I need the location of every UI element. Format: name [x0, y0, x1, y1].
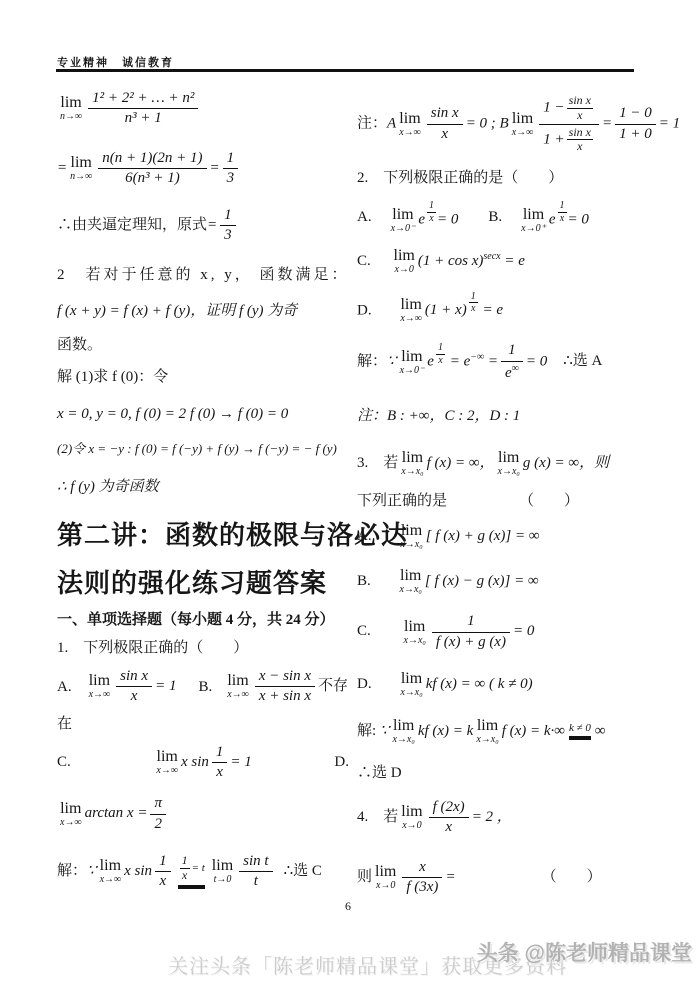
lim-word: lim [156, 749, 178, 765]
exponent-fraction: 1x [468, 291, 479, 315]
limit-operator: limn→∞ [70, 155, 92, 182]
q3-option-c: C. limx→x₀1f (x) + g (x)= 0 [357, 613, 660, 651]
denominator: x [429, 817, 469, 836]
q1-option-d-formula: limx→∞arctan x =π2 [57, 795, 349, 833]
lim-subscript: x→∞ [512, 128, 534, 138]
denominator: x [180, 868, 190, 883]
numerator: 1 [432, 613, 510, 631]
equals: = [445, 869, 455, 885]
condition-over-equals: k ≠ 0 [569, 722, 591, 740]
math-text: ∞ [595, 723, 606, 739]
lim-word: lim [70, 155, 92, 171]
numerator: sin x [427, 105, 463, 123]
equals: = [57, 160, 67, 176]
limit-operator: limx→∞ [89, 673, 111, 700]
section-title-line2: 法则的强化练习题答案 [57, 570, 349, 596]
text: 则 [357, 869, 372, 885]
equals-value: = 0 [526, 353, 547, 369]
math-text: g (x) = ∞，则 [523, 455, 609, 471]
math-text: e [427, 353, 434, 369]
math-text: e [418, 212, 425, 228]
limit-operator: limx→x₀ [476, 718, 498, 745]
solution-step-2: x = 0, y = 0, f (0) = 2 f (0) → f (0) = … [57, 404, 349, 424]
limit-operator: limx→0 [401, 804, 422, 831]
lim-word: lim [512, 111, 534, 127]
math-text: 1 − [543, 100, 564, 116]
q3-option-a: A. limx→x₀[ f (x) + g (x)] = ∞ [357, 523, 660, 550]
denominator: x [155, 871, 171, 890]
lim-word: lim [400, 297, 422, 313]
equals-value: = 2 ， [472, 809, 512, 825]
exponent-fraction: 1x [426, 200, 437, 224]
lim-word: lim [401, 450, 423, 466]
math-text: f (x) = k·∞ [502, 723, 565, 739]
lim-word: lim [400, 568, 422, 584]
numerator: sin x [567, 126, 593, 140]
lim-subscript: x→x₀ [400, 585, 422, 595]
limit-operator: limx→0⁻ [400, 349, 425, 376]
denominator: x [567, 108, 593, 123]
numerator: sin x [116, 668, 152, 686]
fraction: 1e∞ [501, 342, 523, 382]
fraction: sin xx [567, 126, 593, 155]
right-column: 注：Alimx→∞sin xx= 0 ; Blimx→∞1 −sin xx1 +… [357, 84, 660, 896]
numerator: sin t [239, 853, 272, 871]
lim-word: lim [400, 349, 425, 365]
lim-subscript: x→∞ [100, 875, 122, 885]
equals: = [450, 353, 460, 369]
denominator: x [427, 212, 436, 225]
limit-operator: limx→x₀ [400, 568, 422, 595]
page-number: 6 [0, 899, 696, 914]
fraction: 1² + 2² + … + n²n³ + 1 [88, 90, 198, 128]
watermark-handle: 头条 @陈老师精品课堂 [477, 937, 692, 967]
numerator: 1 [220, 207, 236, 225]
squeeze-conclusion: ∴由夹逼定理知，原式=13 [57, 207, 349, 245]
lim-word: lim [401, 804, 422, 820]
lim-word: lim [400, 671, 422, 687]
fraction: 1x [212, 744, 228, 782]
solve-label: 解: [357, 723, 376, 739]
question-2-condition: f (x + y) = f (x) + f (y)，证明 f (y) 为奇 [57, 301, 349, 321]
question-4-stem: 4. 若limx→0f (2x)x= 2 ， [357, 799, 660, 837]
because-symbol: ∵ [87, 863, 97, 879]
q3-option-b: B. limx→x₀[ f (x) − g (x)] = ∞ [357, 568, 660, 595]
math-text: [ f (x) + g (x)] = ∞ [426, 528, 540, 544]
q2-solution: 解：∵limx→0⁻e1x = e−∞ =1e∞= 0∴选 A [357, 342, 660, 382]
lim-word: lim [391, 207, 416, 223]
denominator: x [567, 139, 593, 154]
option-label: A. [357, 528, 372, 544]
lim-word: lim [521, 207, 546, 223]
solution-step-3: (2)令 x = −y : f (0) = f (−y) + f (y) → f… [57, 440, 349, 458]
option-label: C. [357, 253, 371, 269]
text: 3. 若 [357, 455, 398, 471]
exponent: secx [483, 251, 500, 262]
lim-word: lim [375, 864, 396, 880]
text: 4. 若 [357, 809, 398, 825]
denominator: x [558, 212, 567, 225]
denominator: n³ + 1 [88, 108, 198, 127]
substitution-over-equals: 1x= t [178, 854, 205, 889]
lim-word: lim [100, 858, 122, 874]
equals-value: = 1 [659, 116, 680, 132]
lim-subscript: x→∞ [400, 314, 422, 324]
lim-word: lim [404, 619, 426, 635]
limit-operator: limx→x₀ [400, 671, 422, 698]
numerator: x [402, 859, 442, 877]
question-2-condition-wrap: 函数。 [57, 335, 349, 355]
equals-value: = 0 [437, 212, 458, 228]
note-label: 注： [357, 116, 387, 132]
solve-label: 解： [357, 353, 387, 369]
q2-option-d: D. limx→∞(1 + x)1x = e [357, 291, 660, 324]
equals-value: = 0 [568, 212, 589, 228]
denominator: x [427, 124, 463, 143]
denominator-base: e [505, 365, 512, 381]
q2-options-ab: A. limx→0⁻e1x= 0 B. limx→0⁺e1x= 0 [357, 200, 660, 233]
fraction: n(n + 1)(2n + 1)6(n³ + 1) [98, 150, 206, 188]
equals: = [137, 805, 147, 821]
condition-text: k ≠ 0 [569, 722, 591, 734]
limit-operator: limx→x₀ [401, 450, 423, 477]
fraction: f (2x)x [429, 799, 469, 837]
numerator: 1 [436, 342, 445, 354]
math-text: (1 + x) [425, 302, 467, 318]
math-text: kf (x) = k [418, 723, 474, 739]
lim-word: lim [399, 111, 421, 127]
math-text: [ f (x) − g (x)] = ∞ [425, 573, 539, 589]
fraction: sin tt [239, 853, 272, 891]
fraction: 1x [155, 853, 171, 891]
equals-value: = 0 [513, 623, 534, 639]
answer-parens: （ ） [519, 491, 579, 511]
lim-word: lim [400, 523, 422, 539]
lim-subscript: x→0⁺ [521, 224, 546, 234]
exponent-fraction: 1x [557, 200, 568, 224]
fraction: π2 [150, 795, 166, 833]
math-text: x sin [181, 754, 209, 770]
header-rule [56, 69, 634, 72]
q2-option-c: C. limx→0(1 + cos x)secx = e [357, 248, 660, 275]
denominator: f (3x) [402, 877, 442, 896]
fraction: x − sin xx + sin x [255, 668, 315, 706]
math-text: x sin [124, 863, 152, 879]
equals: = [210, 160, 220, 176]
limit-operator: limt→0 [212, 858, 233, 885]
math-text: = 0 ; B [466, 116, 509, 132]
equals-value: = 1 [230, 754, 251, 770]
solution-step-1: 解 (1)求 f (0)：令 [57, 367, 349, 387]
numerator: 1 [427, 200, 436, 212]
lim-word: lim [498, 450, 520, 466]
fraction: 13 [223, 150, 239, 188]
limit-operator: limx→x₀ [400, 523, 422, 550]
formula-sum-limit: limn→∞1² + 2² + … + n²n³ + 1 [57, 90, 349, 128]
fraction: 13 [220, 207, 236, 245]
limit-operator: limx→∞ [400, 297, 422, 324]
denominator: f (x) + g (x) [432, 632, 510, 651]
equals: = [488, 353, 498, 369]
section-subtitle: 一、单项选择题（每小题 4 分，共 24 分） [57, 610, 349, 630]
solve-label: 解： [57, 863, 87, 879]
equals-value: = e [504, 253, 525, 269]
lim-subscript: x→0 [375, 881, 396, 891]
lim-word: lim [476, 718, 498, 734]
denominator: x [212, 762, 228, 781]
numerator: f (2x) [429, 799, 469, 817]
denominator: 6(n³ + 1) [98, 168, 206, 187]
condition-text: = t [192, 862, 205, 874]
fraction: sin xx [567, 94, 593, 123]
math-text: (1 + cos x) [418, 253, 484, 269]
numerator: 1 [212, 744, 228, 762]
text: 不存 [318, 678, 348, 694]
denominator: 2 [150, 814, 166, 833]
option-label: B. [357, 573, 371, 589]
lim-subscript: x→x₀ [401, 467, 423, 477]
limit-operator: limx→0 [375, 864, 396, 891]
denominator: t [239, 871, 272, 890]
limit-operator: limx→∞ [399, 111, 421, 138]
question-1-stem: 1. 下列极限正确的（ ） [57, 638, 349, 658]
lim-subscript: x→x₀ [400, 540, 422, 550]
solution-conclusion: ∴ f (y) 为奇函数 [57, 477, 349, 497]
lim-subscript: n→∞ [60, 112, 82, 122]
denominator: 3 [220, 225, 236, 244]
denominator: 1 + 0 [615, 124, 656, 143]
answer-parens: （ ） [542, 867, 602, 887]
exponent: −∞ [470, 351, 484, 362]
math-text: e [549, 212, 556, 228]
math-text: kf (x) = ∞ ( k ≠ 0) [426, 676, 533, 692]
limit-operator: limx→0 [394, 248, 415, 275]
option-label: B. [198, 677, 212, 697]
lim-subscript: x→0⁻ [400, 366, 425, 376]
q1-options-cd: C. limx→∞x sin1x= 1 D. [57, 744, 349, 782]
numerator: 1 − 0 [615, 105, 656, 123]
denominator: x [436, 354, 445, 367]
lim-subscript: x→x₀ [404, 636, 426, 646]
option-label: D. [357, 676, 372, 692]
numerator: π [150, 795, 166, 813]
q3-conclusion: ∴选 D [357, 763, 660, 783]
q1-option-b-wrap: 在 [57, 714, 349, 734]
numerator: sin x [567, 94, 593, 108]
numerator: x − sin x [255, 668, 315, 686]
numerator: 1² + 2² + … + n² [88, 90, 198, 108]
limit-operator: limx→∞ [156, 749, 178, 776]
lim-subscript: x→0 [401, 821, 422, 831]
lim-subscript: x→x₀ [392, 735, 414, 745]
limit-operator: limx→0⁻ [391, 207, 416, 234]
option-label: D. [357, 302, 372, 318]
question-4-stem-2: 则limx→0xf (3x)= （ ） [357, 859, 660, 897]
lim-word: lim [60, 801, 82, 817]
fraction: 1f (x) + g (x) [432, 613, 510, 651]
text: 下列正确的是 [357, 491, 447, 511]
option-label: A. [357, 207, 372, 227]
q3-option-d: D. limx→x₀kf (x) = ∞ ( k ≠ 0) [357, 671, 660, 698]
numerator: 1 [180, 854, 190, 868]
choice-conclusion: ∴选 C [284, 863, 322, 879]
question-2-intro: 2 若对于任意的 x, y， 函数满足： [57, 265, 349, 285]
numerator: 1 [223, 150, 239, 168]
denominator: 3 [223, 168, 239, 187]
option-label: C. [357, 623, 371, 639]
q1-options-ab: A. limx→∞sin xx= 1 B. limx→∞x − sin xx +… [57, 668, 349, 706]
nested-fraction: 1 −sin xx1 +sin xx [539, 94, 599, 154]
option-label: A. [57, 677, 72, 697]
limit-operator: limx→x₀ [498, 450, 520, 477]
because-symbol: ∵ [380, 723, 390, 739]
lim-word: lim [392, 718, 414, 734]
text: ∴由夹逼定理知，原式 [57, 217, 207, 233]
lim-subscript: x→x₀ [498, 467, 520, 477]
equals: = [207, 217, 217, 233]
limit-operator: limx→∞ [100, 858, 122, 885]
lim-subscript: n→∞ [70, 172, 92, 182]
lim-subscript: x→0⁻ [391, 224, 416, 234]
fraction: xf (3x) [402, 859, 442, 897]
q1-solution: 解：∵limx→∞x sin1x1x= tlimt→0sin tt∴选 C [57, 853, 349, 891]
lim-subscript: x→∞ [60, 818, 82, 828]
exponent-fraction: 1x [435, 342, 446, 366]
numerator: 1 [469, 291, 478, 303]
fraction: 1x [180, 854, 190, 883]
q1-note: 注：Alimx→∞sin xx= 0 ; Blimx→∞1 −sin xx1 +… [357, 94, 660, 154]
equals-bar [569, 736, 591, 740]
fraction: sin xx [116, 668, 152, 706]
lim-subscript: x→∞ [89, 690, 111, 700]
lim-word: lim [60, 95, 82, 111]
question-3-stem: 3. 若limx→x₀f (x) = ∞，limx→x₀g (x) = ∞，则 [357, 450, 660, 477]
lim-subscript: x→x₀ [400, 688, 422, 698]
lim-word: lim [227, 673, 249, 689]
because-symbol: ∵ [387, 353, 397, 369]
option-label: D. [334, 752, 349, 772]
numerator: 1 [155, 853, 171, 871]
option-ref: A [387, 116, 396, 132]
numerator: n(n + 1)(2n + 1) [98, 150, 206, 168]
math-text: arctan x [85, 805, 134, 821]
numerator: 1 [558, 200, 567, 212]
equals-value: = e [482, 302, 503, 318]
option-label: B. [488, 207, 502, 227]
denominator: x + sin x [255, 686, 315, 705]
lim-subscript: x→∞ [399, 128, 421, 138]
header-slogan: 专业精神 诚信教育 [57, 54, 174, 70]
q2-note: 注：B : +∞，C : 2，D : 1 [357, 406, 660, 426]
choice-conclusion: ∴选 A [563, 353, 602, 369]
option-label: C. [57, 752, 71, 772]
question-2-stem: 2. 下列极限正确的是（ ） [357, 168, 660, 188]
section-title-line1: 第二讲：函数的极限与洛必达 [57, 522, 349, 548]
lim-word: lim [89, 673, 111, 689]
formula-sum-limit-2: =limn→∞n(n + 1)(2n + 1)6(n³ + 1)=13 [57, 150, 349, 188]
limit-operator: limx→∞ [227, 673, 249, 700]
question-3-stem-2: 下列正确的是 （ ） [357, 491, 660, 511]
lim-subscript: x→∞ [156, 766, 178, 776]
denominator: x [116, 686, 152, 705]
lim-subscript: x→0 [394, 265, 415, 275]
limit-operator: limx→∞ [60, 801, 82, 828]
math-text: 1 + [543, 131, 564, 147]
limit-operator: limx→∞ [512, 111, 534, 138]
q3-solution: 解: ∵limx→x₀kf (x) = klimx→x₀f (x) = k·∞k… [357, 718, 660, 745]
limit-operator: limx→x₀ [404, 619, 426, 646]
limit-operator: limx→x₀ [392, 718, 414, 745]
lim-subscript: x→x₀ [476, 735, 498, 745]
exponent: ∞ [512, 363, 519, 374]
equals-value: = 1 [155, 678, 176, 694]
equals-bar [178, 885, 205, 889]
left-column: limn→∞1² + 2² + … + n²n³ + 1 =limn→∞n(n … [57, 86, 349, 890]
lim-subscript: x→∞ [227, 690, 249, 700]
math-text: f (x) = ∞， [427, 455, 495, 471]
limit-operator: limn→∞ [60, 95, 82, 122]
lim-word: lim [212, 858, 233, 874]
fraction: 1 − 01 + 0 [615, 105, 656, 143]
limit-operator: limx→0⁺ [521, 207, 546, 234]
denominator: x [469, 302, 478, 315]
lim-subscript: t→0 [212, 875, 233, 885]
fraction: sin xx [427, 105, 463, 143]
equals: = [602, 116, 612, 132]
numerator: 1 [501, 342, 523, 360]
lim-word: lim [394, 248, 415, 264]
